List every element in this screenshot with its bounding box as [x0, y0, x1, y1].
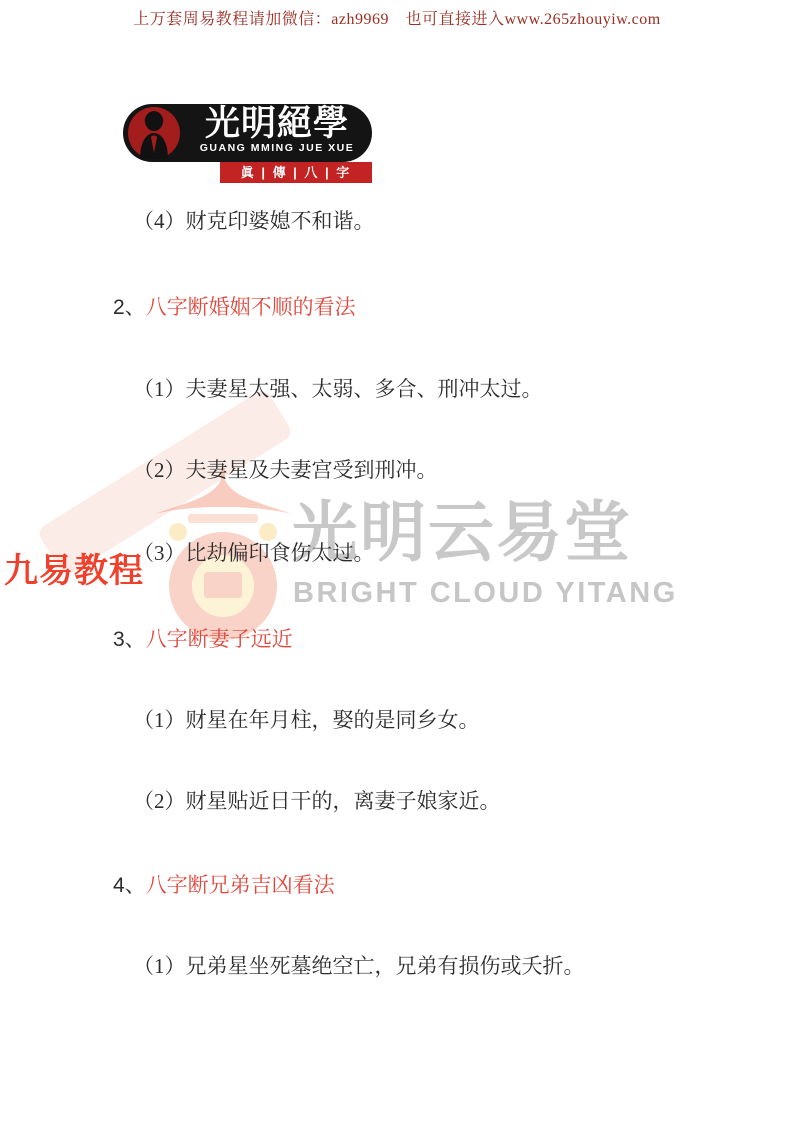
side-watermark: 九易教程 — [4, 543, 144, 592]
logo-subtitle: GUANG MMING JUE XUE — [187, 142, 367, 154]
doc-line-item: （3）比劫偏印食伤太过。 — [133, 537, 375, 567]
logo-banner: 眞 | 傳 | 八 | 字 — [220, 162, 372, 183]
heading-text: 八字断兄弟吉凶看法 — [146, 874, 335, 897]
doc-line-heading: 4、八字断兄弟吉凶看法 — [113, 869, 335, 899]
doc-line-item: （1）财星在年月柱，娶的是同乡女。 — [133, 704, 480, 734]
doc-line-heading: 2、八字断婚姻不顺的看法 — [113, 291, 356, 321]
portrait-icon — [128, 107, 180, 159]
heading-text: 八字断妻子远近 — [146, 628, 293, 651]
doc-line-item: （4）财克印婆媳不和谐。 — [133, 205, 375, 235]
document-page: 上万套周易教程请加微信：azh9969 也可直接进入www.265zhouyiw… — [0, 0, 794, 1123]
heading-number: 4、 — [113, 874, 146, 897]
doc-line-item: （1）夫妻星太强、太弱、多合、刑冲太过。 — [133, 373, 543, 403]
heading-text: 八字断婚姻不顺的看法 — [146, 296, 356, 319]
doc-line-heading: 3、八字断妻子远近 — [113, 623, 293, 653]
logo-text-column: 光明絕學 GUANG MMING JUE XUE — [187, 106, 367, 154]
logo-title: 光明絕學 — [187, 106, 367, 142]
center-watermark-en: BRIGHT CLOUD YITANG — [293, 577, 678, 610]
doc-line-item: （2）夫妻星及夫妻宫受到刑冲。 — [133, 454, 438, 484]
heading-number: 3、 — [113, 628, 146, 651]
logo-pill: 光明絕學 GUANG MMING JUE XUE — [123, 104, 372, 162]
doc-line-item: （2）财星贴近日干的，离妻子娘家近。 — [133, 785, 501, 815]
header-promo-text: 上万套周易教程请加微信：azh9969 也可直接进入www.265zhouyiw… — [0, 6, 794, 29]
doc-line-item: （1）兄弟星坐死墓绝空亡，兄弟有损伤或夭折。 — [133, 950, 585, 980]
heading-number: 2、 — [113, 296, 146, 319]
brand-logo: 光明絕學 GUANG MMING JUE XUE 眞 | 傳 | 八 | 字 — [123, 104, 372, 162]
